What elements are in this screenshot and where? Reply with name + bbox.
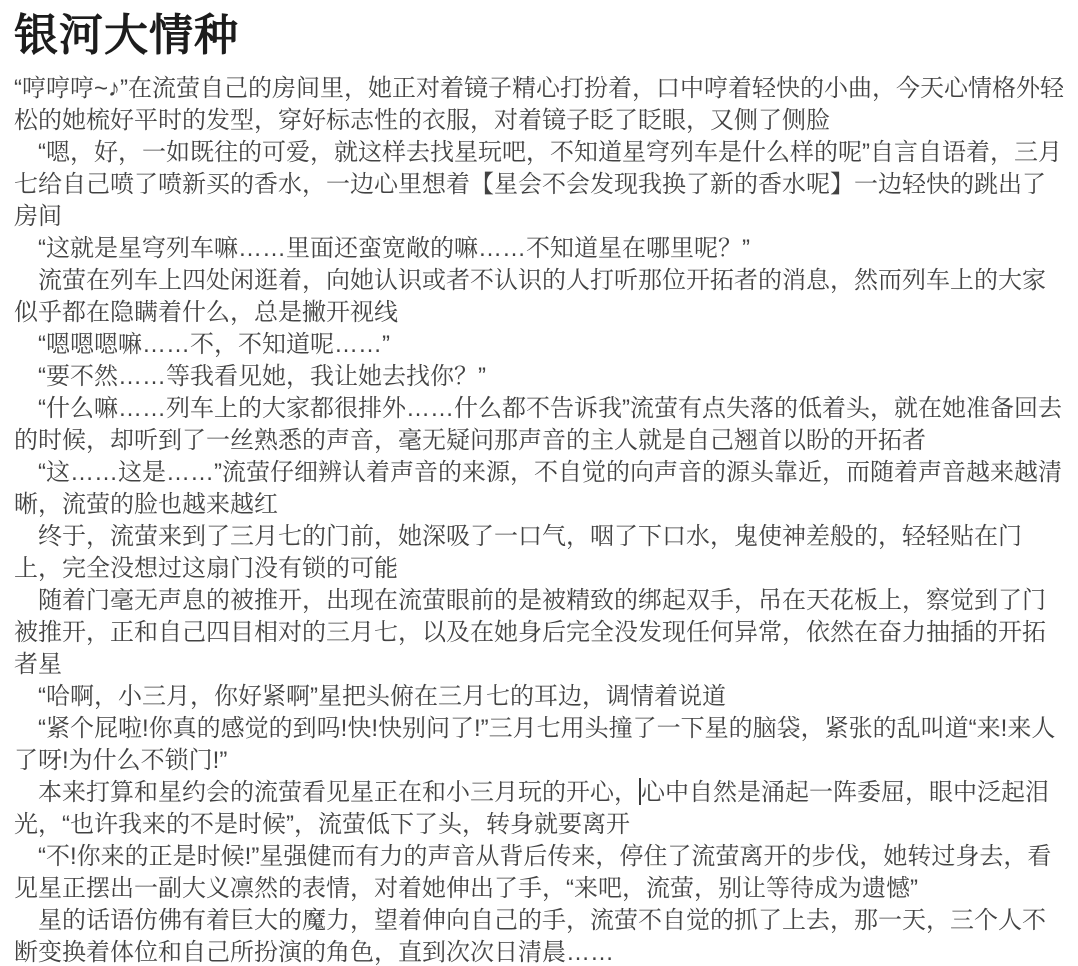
- paragraph-8[interactable]: “这……这是……”流萤仔细辨认着声音的来源，不自觉的向声音的源头靠近，而随着声音…: [14, 457, 1066, 521]
- paragraph-7[interactable]: “什么嘛……列车上的大家都很排外……什么都不告诉我”流萤有点失落的低着头，就在她…: [14, 393, 1066, 457]
- paragraph-6[interactable]: “要不然……等我看见她，我让她去找你？”: [14, 361, 1066, 393]
- paragraph-10[interactable]: 随着门毫无声息的被推开，出现在流萤眼前的是被精致的绑起双手，吊在天花板上，察觉到…: [14, 585, 1066, 681]
- paragraph-13[interactable]: 本来打算和星约会的流萤看见星正在和小三月玩的开心，心中自然是涌起一阵委屈，眼中泛…: [14, 777, 1066, 841]
- page-title: 银河大情种: [14, 10, 1066, 63]
- paragraph-13-before-caret: 本来打算和星约会的流萤看见星正在和小三月玩的开心，: [14, 779, 638, 806]
- paragraph-4[interactable]: 流萤在列车上四处闲逛着，向她认识或者不认识的人打听那位开拓者的消息，然而列车上的…: [14, 265, 1066, 329]
- paragraph-11[interactable]: “哈啊，小三月，你好紧啊”星把头俯在三月七的耳边，调情着说道: [14, 681, 1066, 713]
- text-editor-area[interactable]: 银河大情种 “哼哼哼~♪”在流萤自己的房间里，她正对着镜子精心打扮着，口中哼着轻…: [0, 0, 1078, 966]
- paragraph-2[interactable]: “嗯，好，一如既往的可爱，就这样去找星玩吧，不知道星穹列车是什么样的呢”自言自语…: [14, 137, 1066, 233]
- paragraph-15[interactable]: 星的话语仿佛有着巨大的魔力，望着伸向自己的手，流萤不自觉的抓了上去，那一天，三个…: [14, 905, 1066, 966]
- paragraph-12[interactable]: “紧个屁啦!你真的感觉的到吗!快!快别问了!”三月七用头撞了一下星的脑袋，紧张的…: [14, 713, 1066, 777]
- paragraph-1[interactable]: “哼哼哼~♪”在流萤自己的房间里，她正对着镜子精心打扮着，口中哼着轻快的小曲，今…: [14, 73, 1066, 137]
- paragraph-9[interactable]: 终于，流萤来到了三月七的门前，她深吸了一口气，咽了下口水，鬼使神差般的，轻轻贴在…: [14, 521, 1066, 585]
- paragraph-3[interactable]: “这就是星穹列车嘛……里面还蛮宽敞的嘛……不知道星在哪里呢？”: [14, 233, 1066, 265]
- paragraph-5[interactable]: “嗯嗯嗯嘛……不，不知道呢……”: [14, 329, 1066, 361]
- paragraph-14[interactable]: “不!你来的正是时候!”星强健而有力的声音从背后传来，停住了流萤离开的步伐，她转…: [14, 841, 1066, 905]
